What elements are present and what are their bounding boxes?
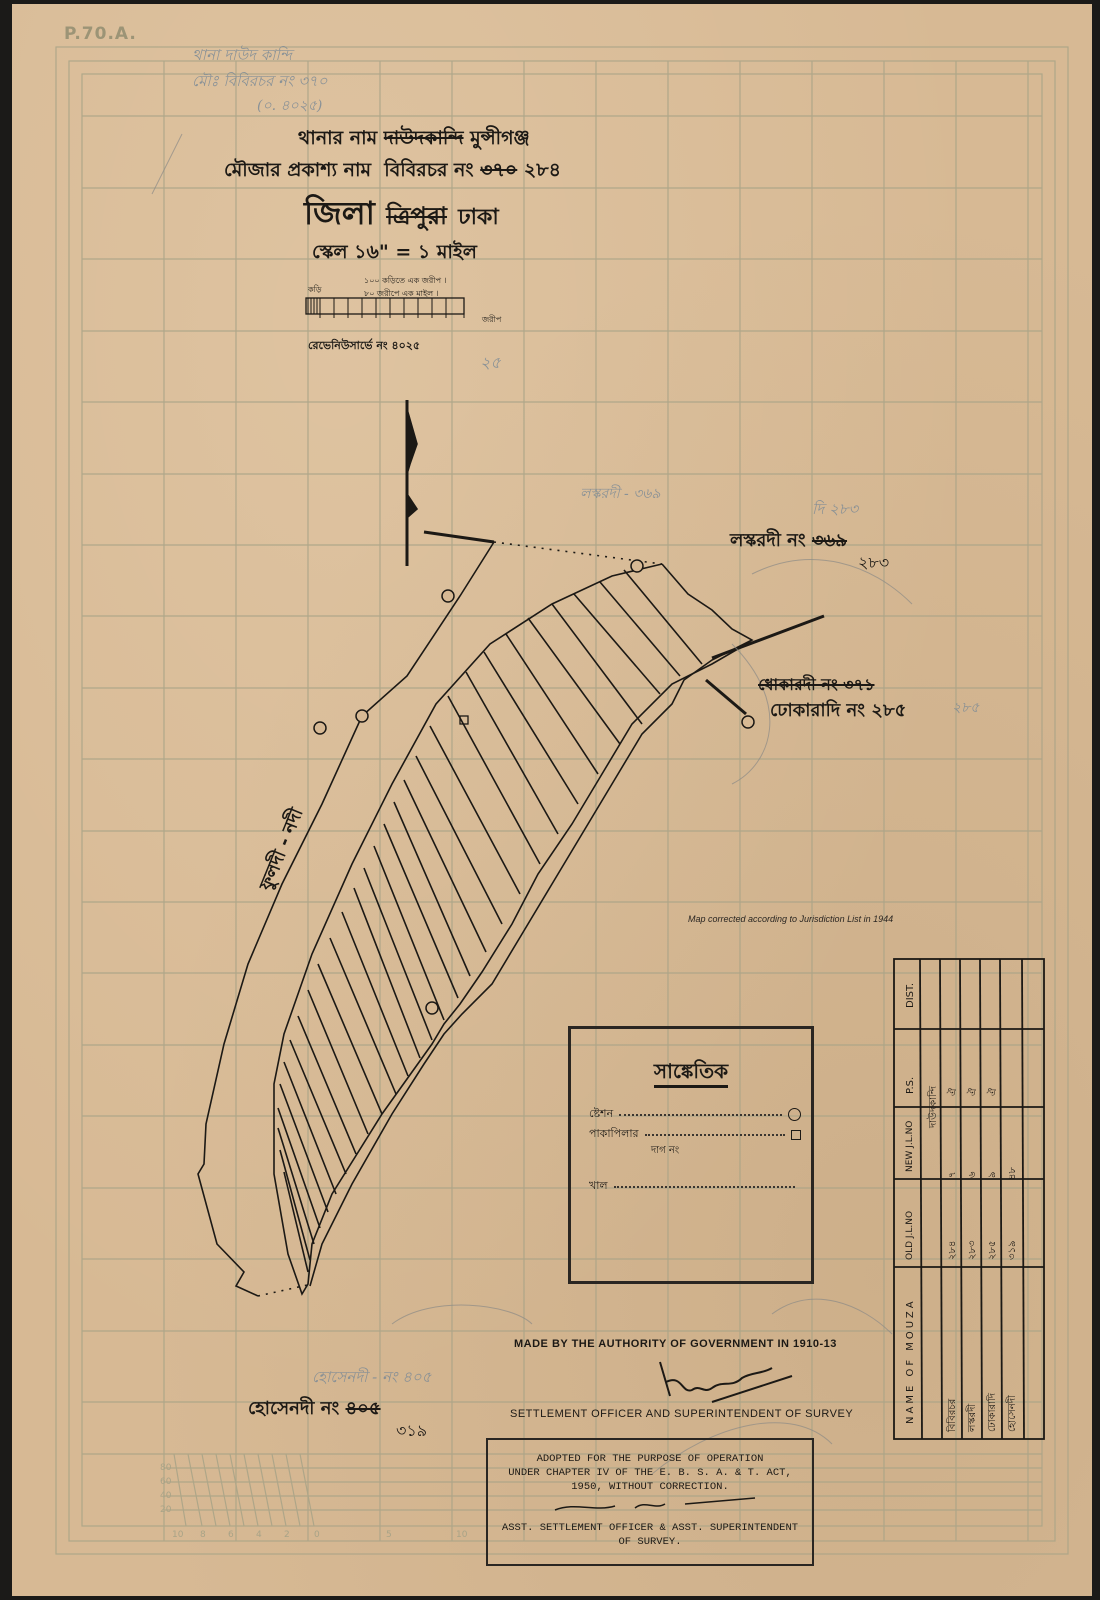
south-neighbor-old: ৪০৫ [346,1398,381,1419]
north-neighbor-label: লস্করদী নং [730,530,806,551]
north-neighbor: লস্করদী নং ৩৬৯ [730,526,847,557]
table-mouza-0: বিবিরচর [945,1399,962,1432]
east-neighbor-old: ধোকারদী নং ৩৭১ [758,672,874,699]
table-header-old-jl: OLD J.L.NO [905,1211,915,1260]
north-neighbor-pencil: দি ২৮৩ [812,498,858,523]
legend-title: সাঙ্কেতিক [571,1057,811,1090]
table-mouza-1: লস্করদী [965,1404,982,1432]
scale-tick-40: 40 [160,1491,171,1501]
station-circle-icon [788,1108,801,1121]
signature-settlement-officer [652,1354,802,1404]
table-new-jl-1: ৬ [965,1171,982,1178]
officer-title: SETTLEMENT OFFICER AND SUPERINTENDENT OF… [510,1408,853,1420]
table-header-ps: P.S. [905,1077,916,1094]
table-new-jl-3: ৪৮ [1005,1167,1022,1180]
scale-x-tick-10b: 10 [456,1530,467,1540]
legend-item-station: ষ্টেশন [589,1105,801,1124]
table-old-jl-3: ৩১৯ [1005,1241,1022,1260]
jurisdiction-table [892,957,1052,1443]
east-neighbor-pencil: ২৮৫ [952,696,979,720]
table-header-mouza: NAME OF MOUZA [905,1298,916,1424]
table-mouza-2: ঢোকারাদি [985,1393,1002,1432]
south-neighbor-label: হোসেনদী নং [248,1398,339,1419]
map-sheet: P.70.A. থানা দাউদ কান্দি মৌঃ বিবিরচর নং … [12,4,1092,1596]
south-neighbor-pencil: হোসেনদী - নং ৪০৫ [312,1366,431,1391]
north-neighbor-old: ৩৬৯ [812,530,847,551]
scale-tick-80: 80 [160,1463,171,1473]
pillar-square-icon [791,1130,801,1140]
table-ps-3: ঐ [986,1088,1003,1096]
table-ps-1: ঐ [946,1088,963,1096]
adoption-stamp: ADOPTED FOR THE PURPOSE OF OPERATION UND… [486,1438,814,1566]
scale-x-tick-5: 5 [386,1530,392,1540]
scale-x-tick-10: 10 [172,1530,183,1540]
table-old-jl-2: ২৮৫ [985,1241,1002,1260]
table-header-dist: DIST. [905,983,916,1008]
scale-tick-60: 60 [160,1477,171,1487]
scale-x-tick-6: 6 [228,1530,234,1540]
scale-x-tick-2: 2 [284,1530,290,1540]
table-mouza-3: হোসেনদী [1005,1395,1022,1432]
legend-plot-no: দাগ নং [651,1143,679,1160]
table-new-jl-2: ৯ [985,1172,1002,1179]
authority-statement: MADE BY THE AUTHORITY OF GOVERNMENT IN 1… [514,1338,837,1350]
table-new-jl-0: ৭ [945,1171,962,1178]
scale-x-tick-0: 0 [314,1530,320,1540]
table-ps-0: দাউদকান্দি [926,1086,943,1128]
south-neighbor-new: ৩১৯ [396,1418,427,1445]
scale-x-tick-8: 8 [200,1530,206,1540]
pencil-note-number: ২৫ [480,350,501,377]
north-neighbor-new: ২৮৩ [858,550,889,577]
table-old-jl-1: ২৮৩ [965,1241,982,1261]
scale-tick-20: 20 [160,1505,171,1515]
east-neighbor-new: ঢোকারাদি নং ২৮৫ [770,696,906,727]
legend-item-pillar: পাকাপিলার [589,1125,801,1144]
legend-item-canal: খাল [589,1177,801,1196]
pencil-note-laskardi: লস্করদী - ৩৬৯ [580,482,661,506]
table-old-jl-0: ২৮৪ [945,1241,962,1260]
scale-x-tick-4: 4 [256,1530,262,1540]
legend-box: সাঙ্কেতিক ষ্টেশন পাকাপিলার দাগ নং খাল [568,1026,814,1284]
signature-asst-officer [535,1494,765,1516]
table-ps-2: ঐ [966,1088,983,1096]
south-neighbor: হোসেনদী নং ৪০৫ [248,1394,381,1425]
table-header-new-jl: NEW J.L.NO [905,1121,915,1172]
correction-note: Map corrected according to Jurisdiction … [688,914,893,924]
